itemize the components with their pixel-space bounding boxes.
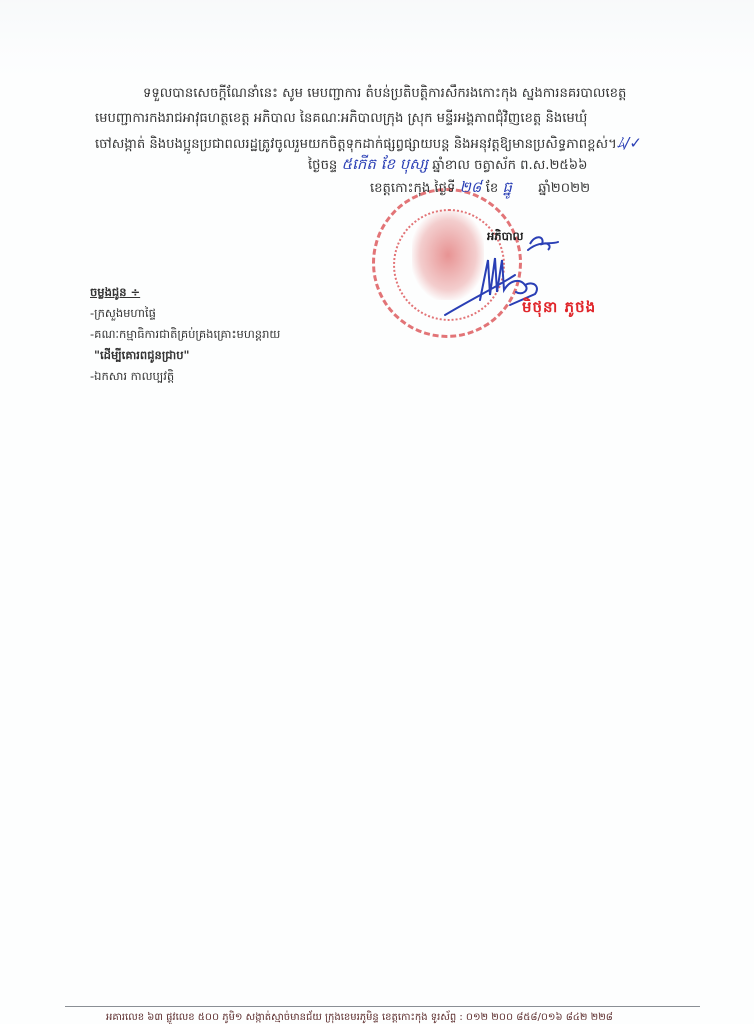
body-line-1: ទទួលបានសេចក្ដីណែនាំនេះ សូម មេបញ្ជាការ តំ… bbox=[95, 82, 735, 107]
footer-address: អគារលេខ ៦៣ ផ្លូវលេខ ៥០០ ភូមិ១ សង្កាត់ស្ម… bbox=[106, 1010, 613, 1024]
faded-header-area bbox=[0, 0, 754, 80]
solar-date-year: ឆ្នាំ២០២២ bbox=[538, 181, 590, 196]
recipient-item: -ឯកសារ កាលប្បវត្តិ bbox=[90, 366, 280, 387]
lunar-date-suffix: ឆ្នាំខាល ចត្វាស័ក ព.ស.២៥៦៦ bbox=[432, 158, 587, 173]
recipient-item: -គណៈកម្មាធិការជាតិគ្រប់គ្រងគ្រោះមហន្តរាយ bbox=[90, 324, 280, 345]
lunar-date-handwritten: ៥កើត ខែ បុស្ស bbox=[342, 155, 429, 173]
solar-date-place: ខេត្តកោះកុង ថ្ងៃទី bbox=[370, 181, 455, 196]
solar-date-day: ២៨ bbox=[460, 178, 482, 196]
signatory-name: មិថុនា ភូថង bbox=[522, 298, 596, 320]
body-line-2: មេបញ្ជាការកងរាជអាវុធហត្ថខេត្ត អភិបាល នៃគ… bbox=[95, 107, 735, 132]
solar-date-month: ធ្នូ bbox=[502, 178, 512, 196]
solar-date-month-label: ខែ bbox=[486, 181, 499, 196]
recipient-note: "ដើម្បីគោរពជូនជ្រាប" bbox=[90, 345, 280, 366]
footer-divider bbox=[65, 1006, 700, 1007]
body-paragraph: ទទួលបានសេចក្ដីណែនាំនេះ សូម មេបញ្ជាការ តំ… bbox=[95, 82, 735, 158]
handwritten-check-mark: ﾑ/✓ bbox=[617, 134, 642, 152]
lunar-date-prefix: ថ្ងៃ bbox=[308, 158, 321, 173]
recipient-item: -ក្រសួងមហាផ្ទៃ bbox=[90, 303, 280, 324]
recipients-heading: ចម្លងជូន ÷ bbox=[90, 282, 280, 303]
body-line-3-text: ចៅសង្កាត់ និងបងប្អូនប្រជាពលរដ្ឋត្រូវចូលរ… bbox=[95, 137, 617, 152]
solar-date-line: ខេត្តកោះកុង ថ្ងៃទី ២៨ ខែ ធ្នូ ឆ្នាំ២០២២ bbox=[370, 178, 590, 200]
recipients-list: ចម្លងជូន ÷ -ក្រសួងមហាផ្ទៃ -គណៈកម្មាធិការ… bbox=[90, 282, 280, 387]
body-line-3: ចៅសង្កាត់ និងបងប្អូនប្រជាពលរដ្ឋត្រូវចូលរ… bbox=[95, 131, 735, 158]
lunar-date-line: ថ្ងៃចន្ទ ៥កើត ខែ បុស្ស ឆ្នាំខាល ចត្វាស័ក… bbox=[308, 155, 587, 177]
lunar-date-weekday: ចន្ទ bbox=[321, 158, 338, 173]
